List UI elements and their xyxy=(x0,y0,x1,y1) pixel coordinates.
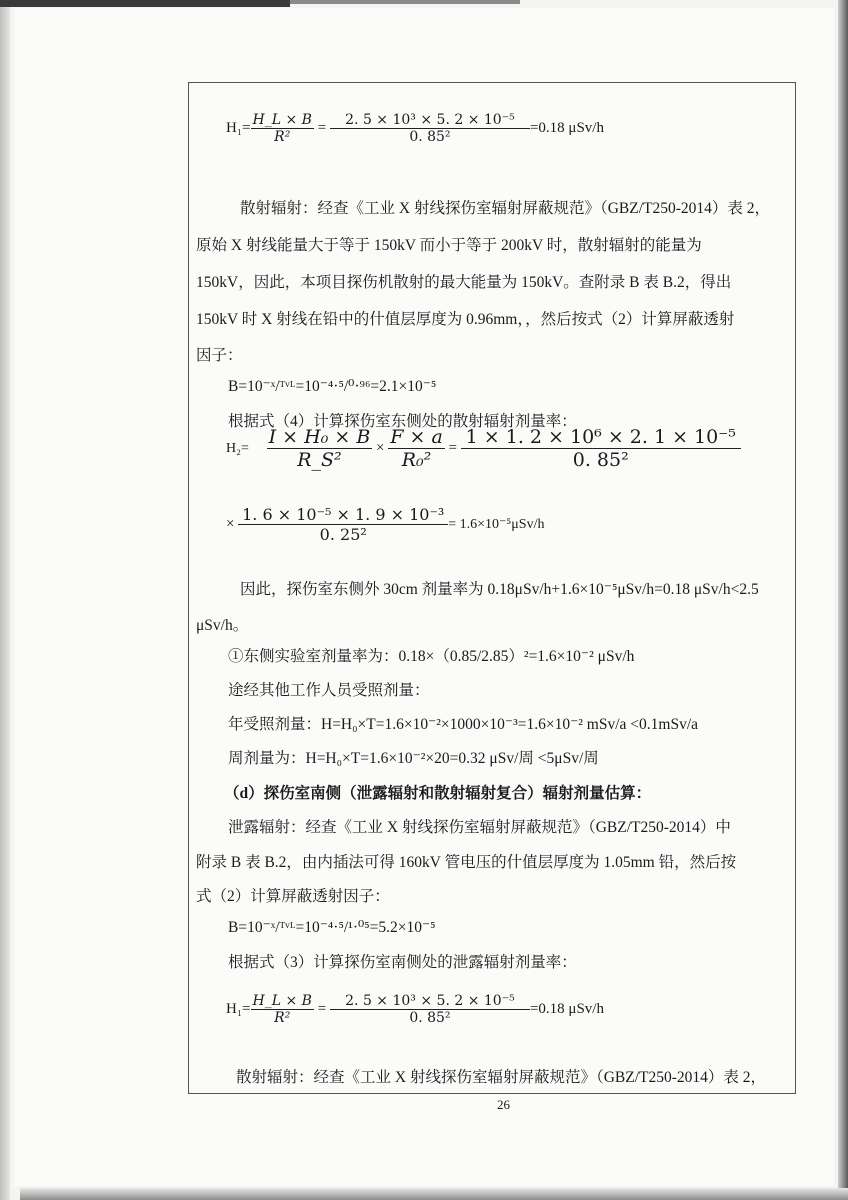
scan-edge-top-light xyxy=(290,0,520,4)
equation-b-leak-south: B=10⁻ˣ/ᵀᵛᴸ=10⁻⁴·⁵/¹·⁰⁵=5.2×10⁻⁵ xyxy=(228,918,436,938)
fraction-numerator: H_L × B xyxy=(251,112,314,129)
equation-h1-leak-south: H₁=H_L × BR² = 2. 5 × 10³ × 5. 2 × 10⁻⁵0… xyxy=(226,993,604,1026)
fraction-denominator: R_S² xyxy=(267,449,373,471)
paragraph-scatter-east: 散射辐射：经查《工业 X 射线探伤室辐射屏蔽规范》（GBZ/T250-2014）… xyxy=(240,199,770,219)
paragraph-line: 150kV，因此，本项目探伤机散射的最大能量为 150kV。查附录 B 表 B.… xyxy=(196,273,731,293)
equation-result: =0.18 μSv/h xyxy=(530,1001,604,1017)
equation-lhs: H₁= xyxy=(226,120,251,136)
equation-lhs: H₁= xyxy=(226,1001,251,1017)
equation-result: =0.18 μSv/h xyxy=(530,120,604,136)
fraction-numerator: 2. 5 × 10³ × 5. 2 × 10⁻⁵ xyxy=(330,112,530,129)
paragraph-line: 根据式（3）计算探伤室南侧处的泄露辐射剂量率： xyxy=(228,953,577,973)
scan-edge-top xyxy=(0,0,290,7)
scan-edge-bottom xyxy=(20,1188,848,1200)
page-number: 26 xyxy=(497,1097,510,1113)
paragraph-line: 年受照剂量：H=H₀×T=1.6×10⁻²×1000×10⁻³=1.6×10⁻²… xyxy=(228,715,698,735)
paragraph-line: 式（2）计算屏蔽透射因子： xyxy=(196,887,390,907)
fraction-denominator: R² xyxy=(251,129,314,145)
paragraph-line: 原始 X 射线能量大于等于 150kV 而小于等于 200kV 时，散射辐射的能… xyxy=(196,236,702,256)
scan-edge-left xyxy=(0,0,10,1200)
fraction-denominator: 0. 85² xyxy=(461,449,741,471)
paragraph-line: 150kV 时 X 射线在铅中的什值层厚度为 0.96mm，，然后按式（2）计算… xyxy=(196,310,734,330)
fraction-numerator: F × a xyxy=(388,426,445,449)
fraction-numerator: 1. 6 × 10⁻⁵ × 1. 9 × 10⁻³ xyxy=(238,505,448,525)
equation-h2-continued: × 1. 6 × 10⁻⁵ × 1. 9 × 10⁻³0. 25²= 1.6×1… xyxy=(226,505,544,544)
equation-result: = 1.6×10⁻⁵μSv/h xyxy=(448,517,544,532)
scan-edge-right xyxy=(838,0,848,1200)
fraction-denominator: R² xyxy=(251,1010,314,1026)
equation-b-scatter: B=10⁻ˣ/ᵀᵛᴸ=10⁻⁴·⁵/⁰·⁹⁶=2.1×10⁻⁵ xyxy=(228,377,436,397)
equation-lhs: H₂= xyxy=(226,441,249,456)
fraction-denominator: 0. 85² xyxy=(330,129,530,145)
paragraph-line: 因此，探伤室东侧外 30cm 剂量率为 0.18μSv/h+1.6×10⁻⁵μS… xyxy=(240,580,759,600)
equation-h1-leak-east: H₁=H_L × BR² = 2. 5 × 10³ × 5. 2 × 10⁻⁵0… xyxy=(226,112,604,145)
paragraph-line: 散射辐射：经查《工业 X 射线探伤室辐射屏蔽规范》（GBZ/T250-2014）… xyxy=(236,1068,766,1088)
paragraph-line: 因子： xyxy=(196,346,243,366)
fraction-denominator: 0. 85² xyxy=(330,1010,530,1026)
paragraph-line: 途经其他工作人员受照剂量： xyxy=(228,681,430,701)
paragraph-line: 附录 B 表 B.2，由内插法可得 160kV 管电压的什值层厚度为 1.05m… xyxy=(196,853,736,873)
section-heading-d: （d）探伤室南侧（泄露辐射和散射辐射复合）辐射剂量估算： xyxy=(224,784,651,804)
equation-h2-scatter-east: H₂= I × H₀ × BR_S² × F × aR₀² = 1 × 1. 2… xyxy=(226,426,741,471)
fraction-numerator: 2. 5 × 10³ × 5. 2 × 10⁻⁵ xyxy=(330,993,530,1010)
fraction-numerator: H_L × B xyxy=(251,993,314,1010)
paragraph-line: 泄露辐射：经查《工业 X 射线探伤室辐射屏蔽规范》（GBZ/T250-2014）… xyxy=(228,818,731,838)
fraction-denominator: R₀² xyxy=(388,449,445,471)
paragraph-line: ①东侧实验室剂量率为：0.18×（0.85/2.85）²=1.6×10⁻² μS… xyxy=(228,647,634,667)
fraction-numerator: I × H₀ × B xyxy=(267,426,373,449)
paragraph-line: 周剂量为：H=H₀×T=1.6×10⁻²×20=0.32 μSv/周 <5μSv… xyxy=(228,749,599,769)
fraction-denominator: 0. 25² xyxy=(238,525,448,544)
paragraph-line: μSv/h。 xyxy=(196,616,248,636)
fraction-numerator: 1 × 1. 2 × 10⁶ × 2. 1 × 10⁻⁵ xyxy=(461,426,741,449)
